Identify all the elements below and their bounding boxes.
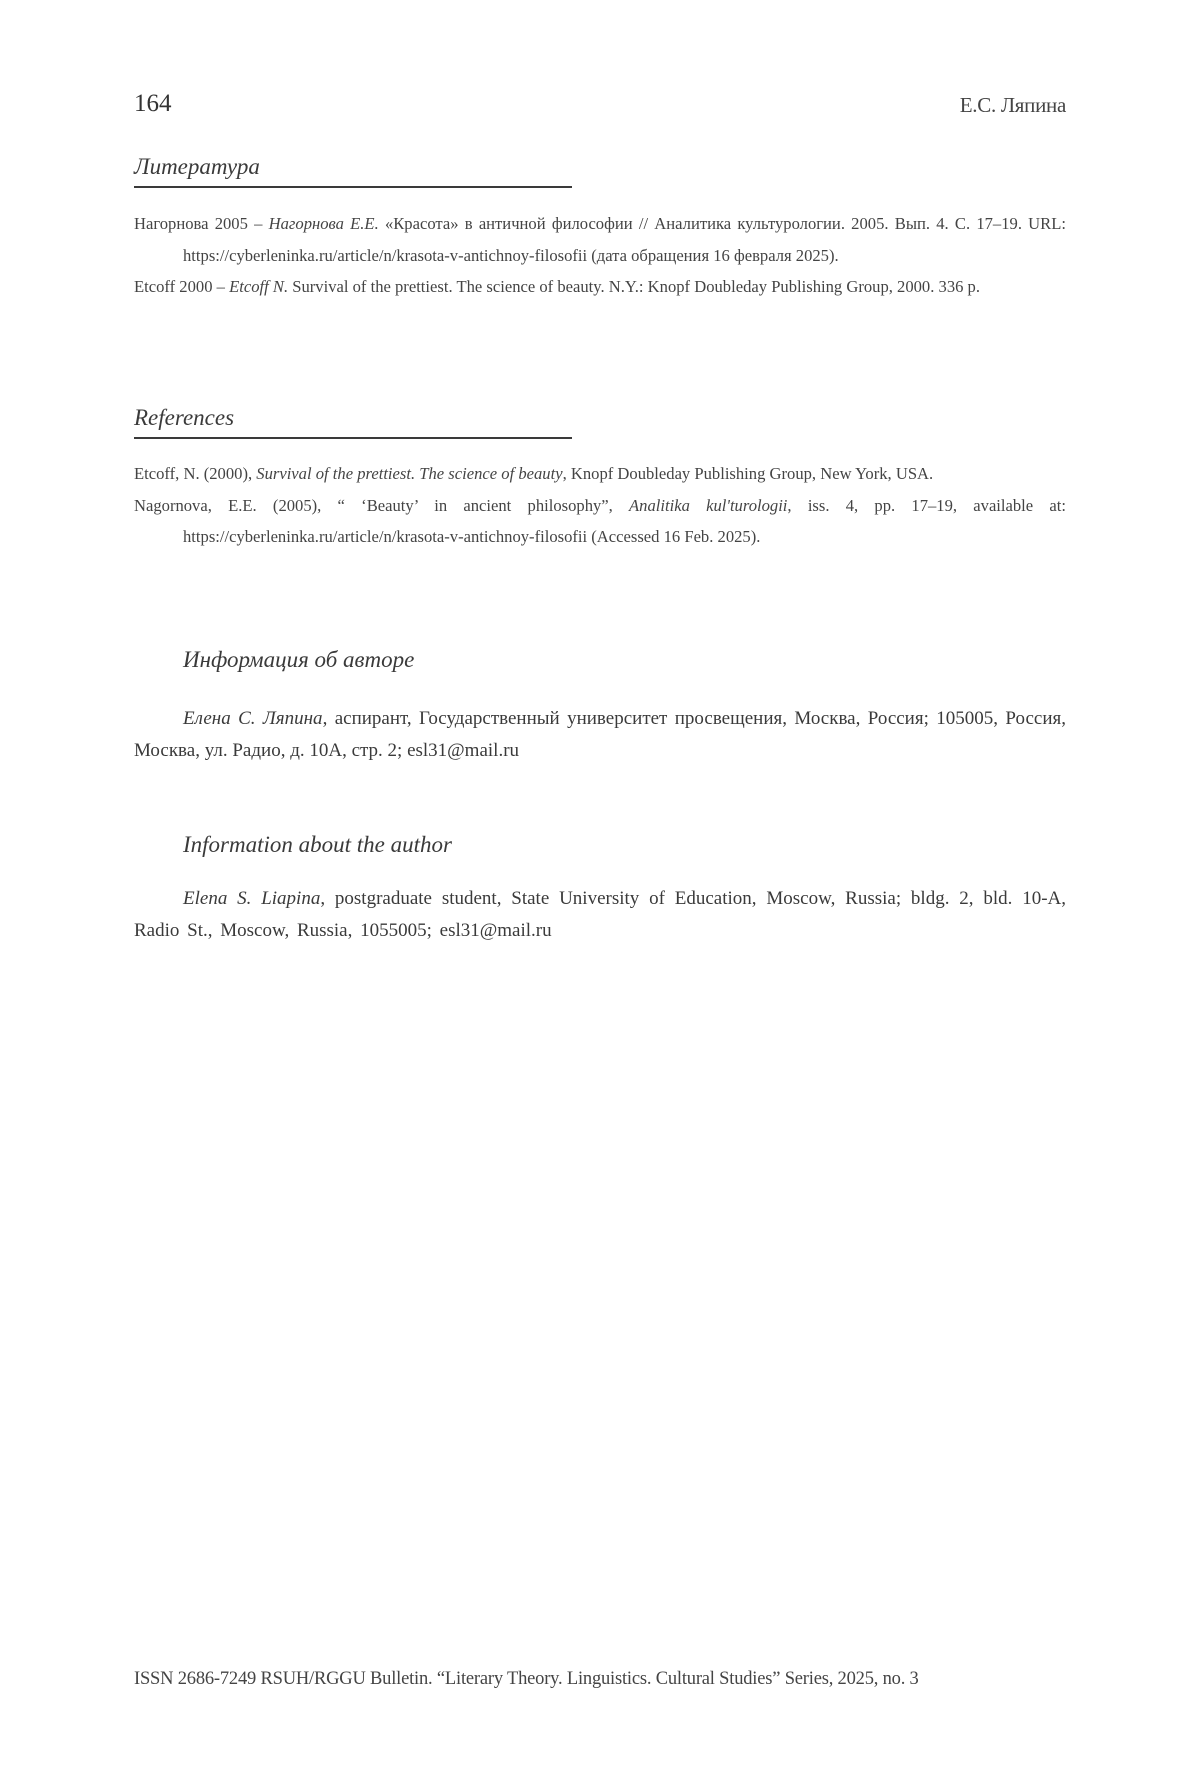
ref-prefix: Nagornova, E.E. (2005), “ ‘Beauty’ in an… bbox=[134, 496, 629, 515]
literature-list: Нагорнова 2005 – Нагорнова Е.Е. «Красота… bbox=[134, 208, 1066, 303]
literature-heading: Литература bbox=[134, 153, 572, 188]
ref-key: Нагорнова 2005 – bbox=[134, 214, 269, 233]
ref-author: Нагорнова Е.Е. bbox=[269, 214, 379, 233]
ref-key: Etcoff 2000 – bbox=[134, 277, 229, 296]
ref-suffix: , Knopf Doubleday Publishing Group, New … bbox=[563, 464, 934, 483]
reference-item: Etcoff, N. (2000), Survival of the prett… bbox=[134, 458, 1066, 490]
author-name-en: Elena S. Liapina bbox=[183, 888, 320, 909]
author-info-en: Elena S. Liapina, postgraduate student, … bbox=[134, 883, 1066, 946]
ref-body: Survival of the prettiest. The science o… bbox=[288, 277, 980, 296]
ref-prefix: Etcoff, N. (2000), bbox=[134, 464, 256, 483]
ref-author: Etcoff N. bbox=[229, 277, 288, 296]
author-info-heading-ru: Информация об авторе bbox=[183, 646, 414, 674]
ref-title: Survival of the prettiest. The science o… bbox=[256, 464, 562, 483]
author-info-ru: Елена С. Ляпина, аспирант, Государственн… bbox=[134, 703, 1066, 766]
running-header-author: Е.С. Ляпина bbox=[960, 92, 1066, 118]
journal-footer: ISSN 2686-7249 RSUH/RGGU Bulletin. “Lite… bbox=[134, 1666, 1066, 1692]
reference-item: Nagornova, E.E. (2005), “ ‘Beauty’ in an… bbox=[134, 490, 1066, 553]
ref-title: Analitika kul'turologii bbox=[629, 496, 787, 515]
author-name-ru: Елена С. Ляпина bbox=[183, 708, 323, 729]
author-info-heading-en: Information about the author bbox=[183, 831, 452, 859]
literature-item: Нагорнова 2005 – Нагорнова Е.Е. «Красота… bbox=[134, 208, 1066, 271]
references-list: Etcoff, N. (2000), Survival of the prett… bbox=[134, 458, 1066, 553]
literature-item: Etcoff 2000 – Etcoff N. Survival of the … bbox=[134, 271, 1066, 303]
references-heading: References bbox=[134, 404, 572, 439]
page-number: 164 bbox=[134, 89, 172, 119]
